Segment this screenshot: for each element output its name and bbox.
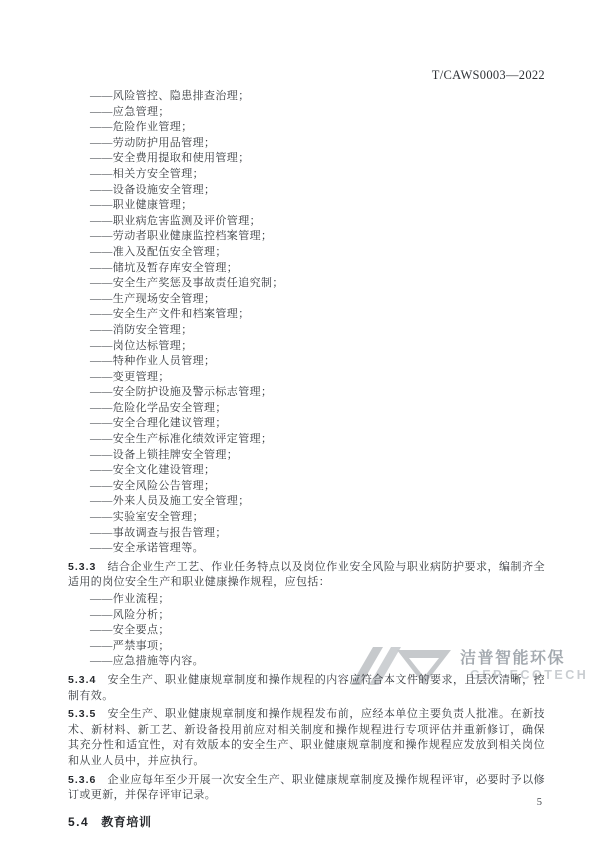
list-item: ——准入及配伍安全管理； [68, 245, 545, 261]
list-item: ——外来人员及施工安全管理； [68, 494, 545, 510]
list-item: ——储坑及暂存库安全管理； [68, 261, 545, 277]
section-title: 教育培训 [101, 815, 151, 829]
clause-5-3-5: 5.3.5安全生产、职业健康规章制度和操作规程发布前，应经本单位主要负责人批准。… [68, 707, 545, 769]
list-item: ——安全文化建设管理； [68, 463, 545, 479]
list-item: ——安全费用提取和使用管理； [68, 151, 545, 167]
standard-number: T/CAWS0003—2022 [432, 68, 545, 83]
list-item: ——风险分析； [68, 608, 545, 624]
clause-text: 安全生产、职业健康规章制度和操作规程的内容应符合本文件的要求，且层次清晰，控制有… [68, 674, 545, 702]
list-item: ——安全生产标准化绩效评定管理； [68, 432, 545, 448]
list-item: ——应急管理； [68, 105, 545, 121]
clause-number: 5.3.4 [68, 674, 96, 686]
list-item: ——劳动防护用品管理； [68, 136, 545, 152]
list-item: ——安全承诺管理等。 [68, 541, 545, 557]
list-item: ——生产现场安全管理； [68, 292, 545, 308]
list-item: ——风险管控、隐患排查治理； [68, 89, 545, 105]
list-item: ——相关方安全管理； [68, 167, 545, 183]
list-item: ——事故调查与报告管理； [68, 526, 545, 542]
list-item: ——安全生产文件和档案管理； [68, 307, 545, 323]
list-item: ——实验室安全管理； [68, 510, 545, 526]
list-item: ——严禁事项； [68, 639, 545, 655]
document-content: ——风险管控、隐患排查治理；——应急管理；——危险作业管理；——劳动防护用品管理… [68, 89, 545, 830]
list-item: ——危险作业管理； [68, 120, 545, 136]
clause-text: 企业应每年至少开展一次安全生产、职业健康规章制度及操作规程评审，必要时予以修订或… [68, 774, 545, 802]
list-item: ——特种作业人员管理； [68, 354, 545, 370]
section-number: 5.4 [68, 815, 89, 829]
clause-5-3-4: 5.3.4安全生产、职业健康规章制度和操作规程的内容应符合本文件的要求，且层次清… [68, 673, 545, 704]
clause-5-3-3: 5.3.3结合企业生产工艺、作业任务特点以及岗位作业安全风险与职业病防护要求，编… [68, 560, 545, 591]
page-number: 5 [537, 797, 542, 808]
clause-number: 5.3.5 [68, 708, 96, 720]
list-item: ——安全生产奖惩及事故责任追究制； [68, 276, 545, 292]
section-heading-5-4: 5.4教育培训 [68, 815, 545, 831]
list-item: ——危险化学品安全管理； [68, 401, 545, 417]
clause-number: 5.3.3 [68, 561, 96, 573]
list-item: ——安全防护设施及警示标志管理； [68, 385, 545, 401]
list-item: ——作业流程； [68, 592, 545, 608]
list-item: ——职业健康管理； [68, 198, 545, 214]
list-item: ——安全要点； [68, 623, 545, 639]
list-item: ——应急措施等内容。 [68, 654, 545, 670]
list-item: ——劳动者职业健康监控档案管理； [68, 229, 545, 245]
clause-number: 5.3.6 [68, 774, 96, 786]
clause-5-3-6: 5.3.6企业应每年至少开展一次安全生产、职业健康规章制度及操作规程评审，必要时… [68, 773, 545, 804]
list-item: ——职业病危害监测及评价管理； [68, 214, 545, 230]
list-item: ——变更管理； [68, 370, 545, 386]
list-item: ——岗位达标管理； [68, 339, 545, 355]
document-page: T/CAWS0003—2022 洁普智能环保 GEP ECOTECH ——风险管… [0, 0, 600, 848]
clause-text: 结合企业生产工艺、作业任务特点以及岗位作业安全风险与职业病防护要求，编制齐全适用… [68, 561, 545, 589]
list-item: ——消防安全管理； [68, 323, 545, 339]
operating-procedure-list: ——作业流程；——风险分析；——安全要点；——严禁事项；——应急措施等内容。 [68, 592, 545, 670]
list-item: ——安全合理化建议管理； [68, 416, 545, 432]
list-item: ——安全风险公告管理； [68, 479, 545, 495]
list-item: ——设备设施安全管理； [68, 183, 545, 199]
clause-text: 安全生产、职业健康规章制度和操作规程发布前，应经本单位主要负责人批准。在新技术、… [68, 708, 545, 767]
list-item: ——设备上锁挂牌安全管理； [68, 448, 545, 464]
management-systems-list: ——风险管控、隐患排查治理；——应急管理；——危险作业管理；——劳动防护用品管理… [68, 89, 545, 557]
